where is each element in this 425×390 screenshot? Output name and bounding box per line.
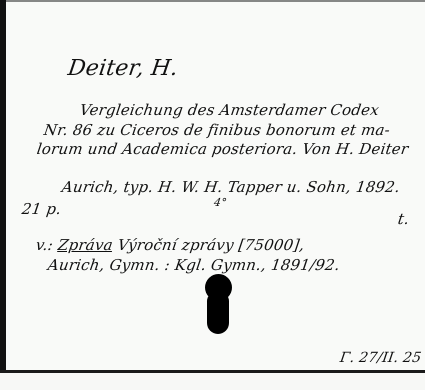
series-rest: Výroční zprávy [75000],	[117, 236, 306, 254]
card-bottom-edge	[0, 370, 425, 373]
title-line-2: Nr. 86 zu Ciceros de finibus bonorum et …	[43, 121, 392, 139]
title-line-1: Vergleichung des Amsterdamer Codex	[79, 101, 380, 119]
author-heading: Deiter, H.	[66, 56, 179, 81]
right-mark: t.	[397, 210, 411, 228]
pagination: 21 p.	[21, 200, 63, 218]
catalog-card: Deiter, H. Vergleichung des Amsterdamer …	[0, 0, 425, 373]
series-underlined-word: Zpráva	[57, 236, 114, 254]
card-left-edge	[0, 0, 6, 373]
format-size: 4°	[213, 196, 228, 209]
punch-hole-slot-icon	[207, 292, 229, 334]
imprint-line: Aurich, typ. H. W. H. Tapper u. Sohn, 18…	[61, 178, 402, 196]
card-top-edge	[6, 0, 425, 2]
shelf-signature: Γ. 27/II. 25	[339, 350, 423, 366]
series-line-2: Aurich, Gymn. : Kgl. Gymn., 1891/92.	[47, 256, 341, 274]
series-line-1: v.: Zpráva Výroční zprávy [75000],	[35, 236, 306, 254]
title-line-3: lorum und Academica posteriora. Von H. D…	[36, 140, 410, 158]
series-prefix: v.:	[35, 236, 55, 254]
